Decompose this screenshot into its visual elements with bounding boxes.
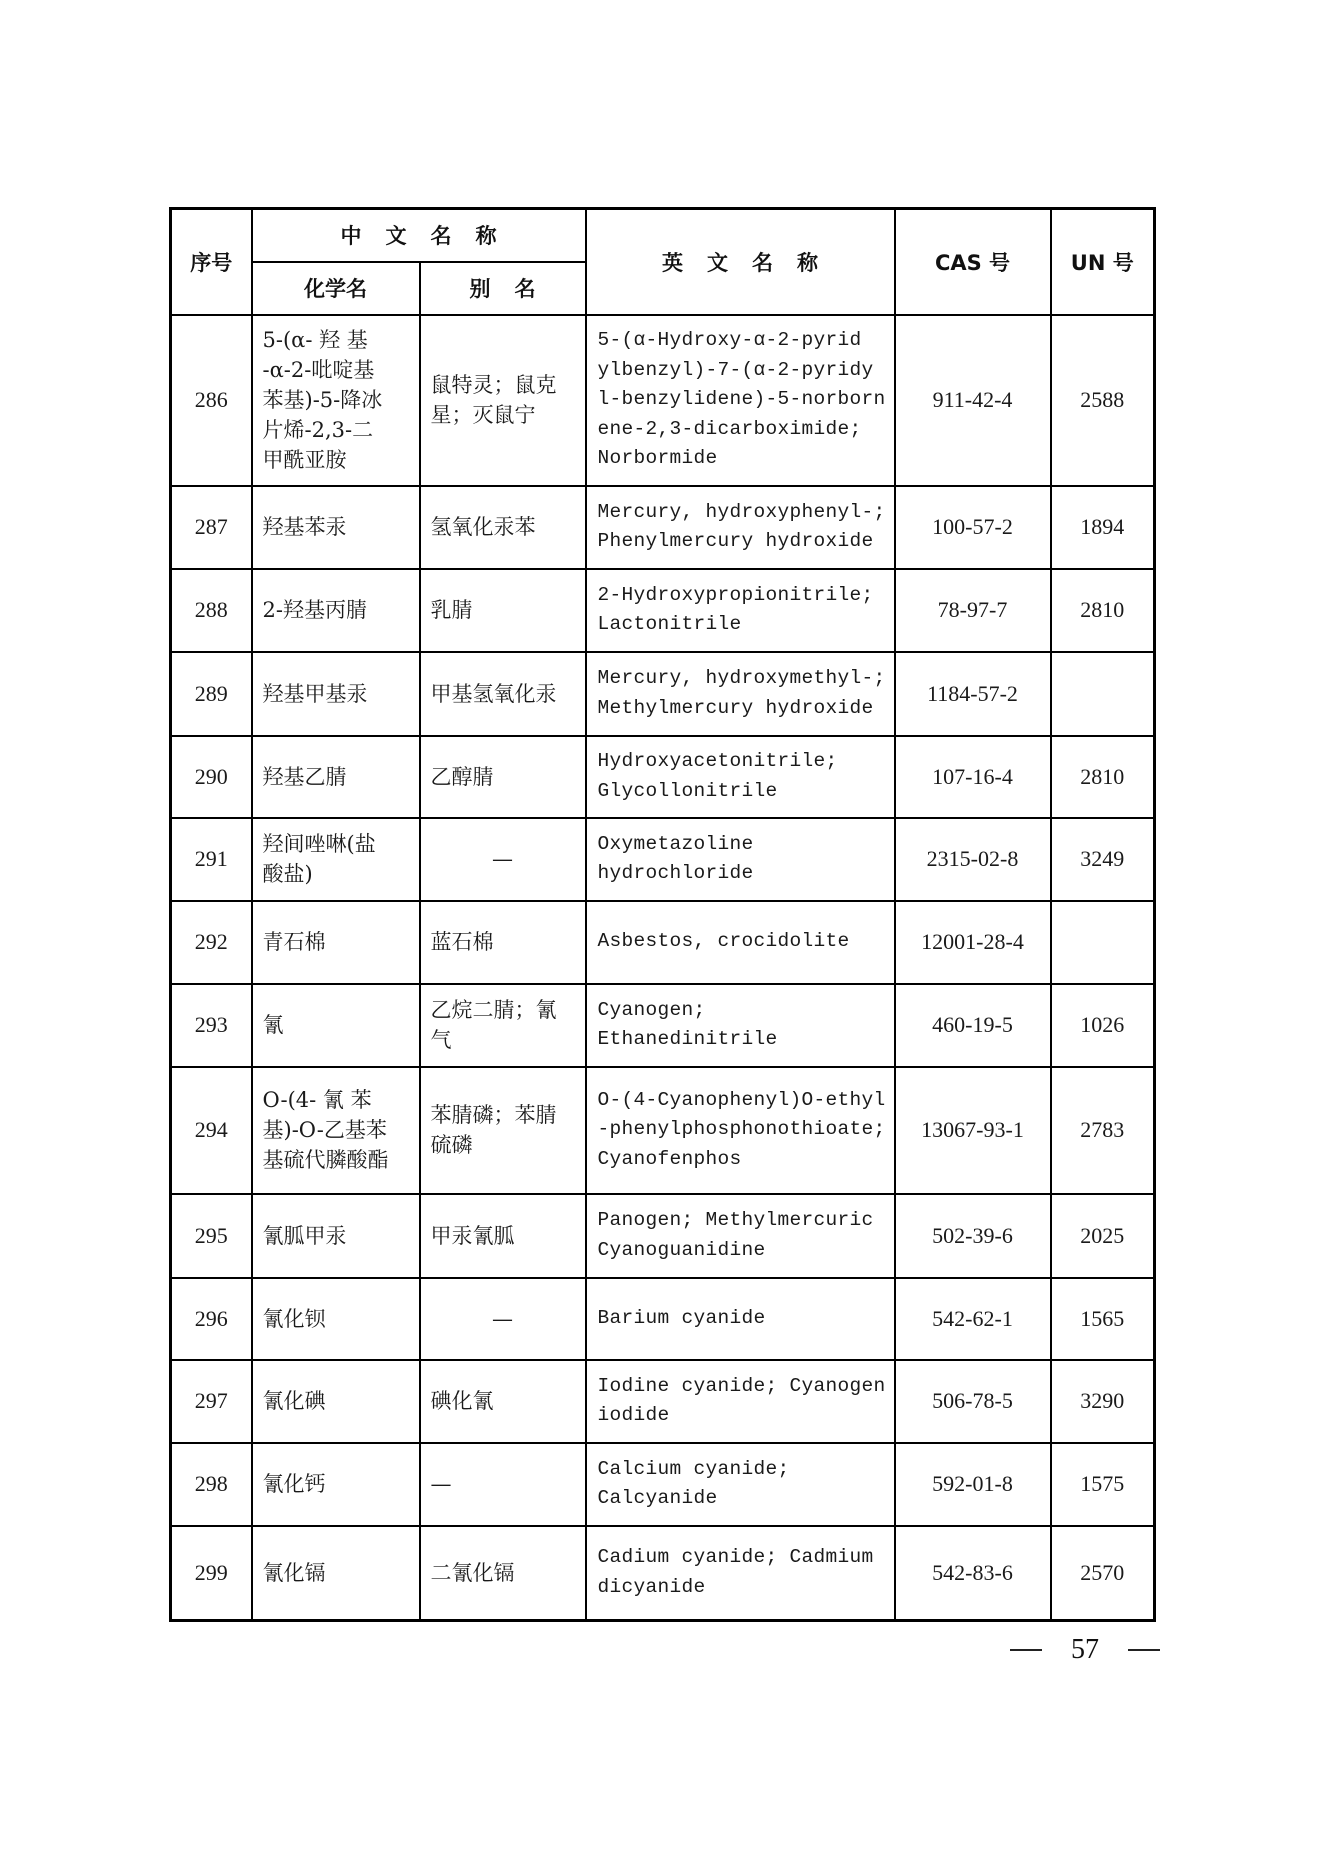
cell-cas: 460-19-5 (895, 984, 1051, 1067)
cell-english-name: Panogen; MethylmercuricCyanoguanidine (586, 1194, 895, 1278)
cell-english-name: O-(4-Cyanophenyl)O-ethyl-phenylphosphono… (586, 1067, 895, 1194)
cell-alias: — (420, 1278, 586, 1360)
cell-cas: 542-83-6 (895, 1526, 1051, 1621)
cell-chemical-name: 羟基甲基汞 (252, 652, 420, 736)
footer-dash-left (1010, 1649, 1042, 1651)
cell-chemical-name: 氰化镉 (252, 1526, 420, 1621)
table-row: 298氰化钙—Calcium cyanide;Calcyanide592-01-… (171, 1443, 1155, 1526)
cell-chemical-name: 氰化钡 (252, 1278, 420, 1360)
chemical-list-table: 序号 中文名称 英文名称 CAS 号 UN 号 化学名 别名 2865-(α- … (169, 207, 1156, 1622)
table-row: 293氰乙烷二腈；氰气Cyanogen;Ethanedinitrile460-1… (171, 984, 1155, 1067)
cell-alias: — (420, 1443, 586, 1526)
cell-chemical-name: 2-羟基丙腈 (252, 569, 420, 652)
table-row: 296氰化钡—Barium cyanide542-62-11565 (171, 1278, 1155, 1360)
cell-chemical-name: 氰化碘 (252, 1360, 420, 1443)
table-row: 291羟间唑啉(盐酸盐)—Oxymetazolinehydrochloride2… (171, 818, 1155, 901)
cell-alias: 二氰化镉 (420, 1526, 586, 1621)
cell-seq: 295 (171, 1194, 252, 1278)
cell-seq: 290 (171, 736, 252, 818)
cell-cas: 911-42-4 (895, 315, 1051, 486)
header-seq: 序号 (171, 209, 252, 315)
cell-chemical-name: 羟基苯汞 (252, 486, 420, 569)
cell-un: 2810 (1051, 569, 1155, 652)
table-row: 290羟基乙腈乙醇腈Hydroxyacetonitrile;Glycolloni… (171, 736, 1155, 818)
header-un: UN 号 (1051, 209, 1155, 315)
cell-alias: 苯腈磷；苯腈硫磷 (420, 1067, 586, 1194)
cell-seq: 293 (171, 984, 252, 1067)
cell-cas: 100-57-2 (895, 486, 1051, 569)
cell-cas: 542-62-1 (895, 1278, 1051, 1360)
cell-english-name: Cadium cyanide; Cadmiumdicyanide (586, 1526, 895, 1621)
cell-alias: 甲基氢氧化汞 (420, 652, 586, 736)
table-row: 294O-(4- 氰 苯基)-O-乙基苯基硫代膦酸酯苯腈磷；苯腈硫磷O-(4-C… (171, 1067, 1155, 1194)
cell-english-name: Iodine cyanide; Cyanogeniodide (586, 1360, 895, 1443)
page-number: 57 (1071, 1634, 1099, 1666)
cell-seq: 288 (171, 569, 252, 652)
cell-seq: 287 (171, 486, 252, 569)
cell-cas: 78-97-7 (895, 569, 1051, 652)
cell-english-name: Cyanogen;Ethanedinitrile (586, 984, 895, 1067)
cell-chemical-name: 青石棉 (252, 901, 420, 984)
cell-alias: 乙烷二腈；氰气 (420, 984, 586, 1067)
cell-chemical-name: 氰胍甲汞 (252, 1194, 420, 1278)
cell-alias: 乳腈 (420, 569, 586, 652)
cell-seq: 298 (171, 1443, 252, 1526)
cell-un: 2783 (1051, 1067, 1155, 1194)
header-chemical-name: 化学名 (252, 262, 420, 315)
table-row: 292青石棉蓝石棉Asbestos, crocidolite12001-28-4 (171, 901, 1155, 984)
cell-cas: 1184-57-2 (895, 652, 1051, 736)
cell-cas: 502-39-6 (895, 1194, 1051, 1278)
cell-alias: — (420, 818, 586, 901)
table-row: 299氰化镉二氰化镉Cadium cyanide; Cadmiumdicyani… (171, 1526, 1155, 1621)
cell-seq: 291 (171, 818, 252, 901)
cell-alias: 鼠特灵；鼠克星；灭鼠宁 (420, 315, 586, 486)
cell-chemical-name: O-(4- 氰 苯基)-O-乙基苯基硫代膦酸酯 (252, 1067, 420, 1194)
header-english-name: 英文名称 (586, 209, 895, 315)
cell-chemical-name: 氰化钙 (252, 1443, 420, 1526)
cell-un: 2025 (1051, 1194, 1155, 1278)
cell-alias: 碘化氰 (420, 1360, 586, 1443)
cell-seq: 294 (171, 1067, 252, 1194)
cell-english-name: Hydroxyacetonitrile;Glycollonitrile (586, 736, 895, 818)
cell-alias: 乙醇腈 (420, 736, 586, 818)
cell-cas: 13067-93-1 (895, 1067, 1051, 1194)
cell-alias: 氢氧化汞苯 (420, 486, 586, 569)
cell-alias: 甲汞氰胍 (420, 1194, 586, 1278)
cell-english-name: Mercury, hydroxymethyl-;Methylmercury hy… (586, 652, 895, 736)
cell-seq: 297 (171, 1360, 252, 1443)
cell-chemical-name: 羟基乙腈 (252, 736, 420, 818)
cell-english-name: Oxymetazolinehydrochloride (586, 818, 895, 901)
cell-cas: 107-16-4 (895, 736, 1051, 818)
cell-chemical-name: 5-(α- 羟 基-α-2-吡啶基苯基)-5-降冰片烯-2,3-二甲酰亚胺 (252, 315, 420, 486)
cell-alias: 蓝石棉 (420, 901, 586, 984)
table-row: 2865-(α- 羟 基-α-2-吡啶基苯基)-5-降冰片烯-2,3-二甲酰亚胺… (171, 315, 1155, 486)
cell-english-name: Mercury, hydroxyphenyl-;Phenylmercury hy… (586, 486, 895, 569)
cell-english-name: Calcium cyanide;Calcyanide (586, 1443, 895, 1526)
cell-seq: 299 (171, 1526, 252, 1621)
cell-un: 3290 (1051, 1360, 1155, 1443)
cell-un: 2570 (1051, 1526, 1155, 1621)
footer-dash-right (1128, 1649, 1160, 1651)
cell-un: 1575 (1051, 1443, 1155, 1526)
cell-un: 2810 (1051, 736, 1155, 818)
cell-chemical-name: 氰 (252, 984, 420, 1067)
cell-chemical-name: 羟间唑啉(盐酸盐) (252, 818, 420, 901)
cell-english-name: 5-(α-Hydroxy-α-2-pyridylbenzyl)-7-(α-2-p… (586, 315, 895, 486)
cell-cas: 592-01-8 (895, 1443, 1051, 1526)
header-cas: CAS 号 (895, 209, 1051, 315)
table-row: 297氰化碘碘化氰Iodine cyanide; Cyanogeniodide5… (171, 1360, 1155, 1443)
cell-un (1051, 652, 1155, 736)
cell-un: 3249 (1051, 818, 1155, 901)
cell-english-name: Barium cyanide (586, 1278, 895, 1360)
cell-un: 1894 (1051, 486, 1155, 569)
cell-un: 1565 (1051, 1278, 1155, 1360)
cell-un: 1026 (1051, 984, 1155, 1067)
cell-english-name: Asbestos, crocidolite (586, 901, 895, 984)
cell-seq: 289 (171, 652, 252, 736)
cell-seq: 286 (171, 315, 252, 486)
header-chinese-name: 中文名称 (252, 209, 586, 262)
cell-un: 2588 (1051, 315, 1155, 486)
cell-english-name: 2-Hydroxypropionitrile;Lactonitrile (586, 569, 895, 652)
cell-cas: 12001-28-4 (895, 901, 1051, 984)
cell-cas: 2315-02-8 (895, 818, 1051, 901)
cell-cas: 506-78-5 (895, 1360, 1051, 1443)
table-row: 2882-羟基丙腈乳腈2-Hydroxypropionitrile;Lacton… (171, 569, 1155, 652)
header-alias: 别名 (420, 262, 586, 315)
table-row: 289羟基甲基汞甲基氢氧化汞Mercury, hydroxymethyl-;Me… (171, 652, 1155, 736)
table-row: 295氰胍甲汞甲汞氰胍Panogen; MethylmercuricCyanog… (171, 1194, 1155, 1278)
cell-un (1051, 901, 1155, 984)
cell-seq: 296 (171, 1278, 252, 1360)
page-footer: 57 (1010, 1630, 1160, 1670)
table-row: 287羟基苯汞氢氧化汞苯Mercury, hydroxyphenyl-;Phen… (171, 486, 1155, 569)
cell-seq: 292 (171, 901, 252, 984)
